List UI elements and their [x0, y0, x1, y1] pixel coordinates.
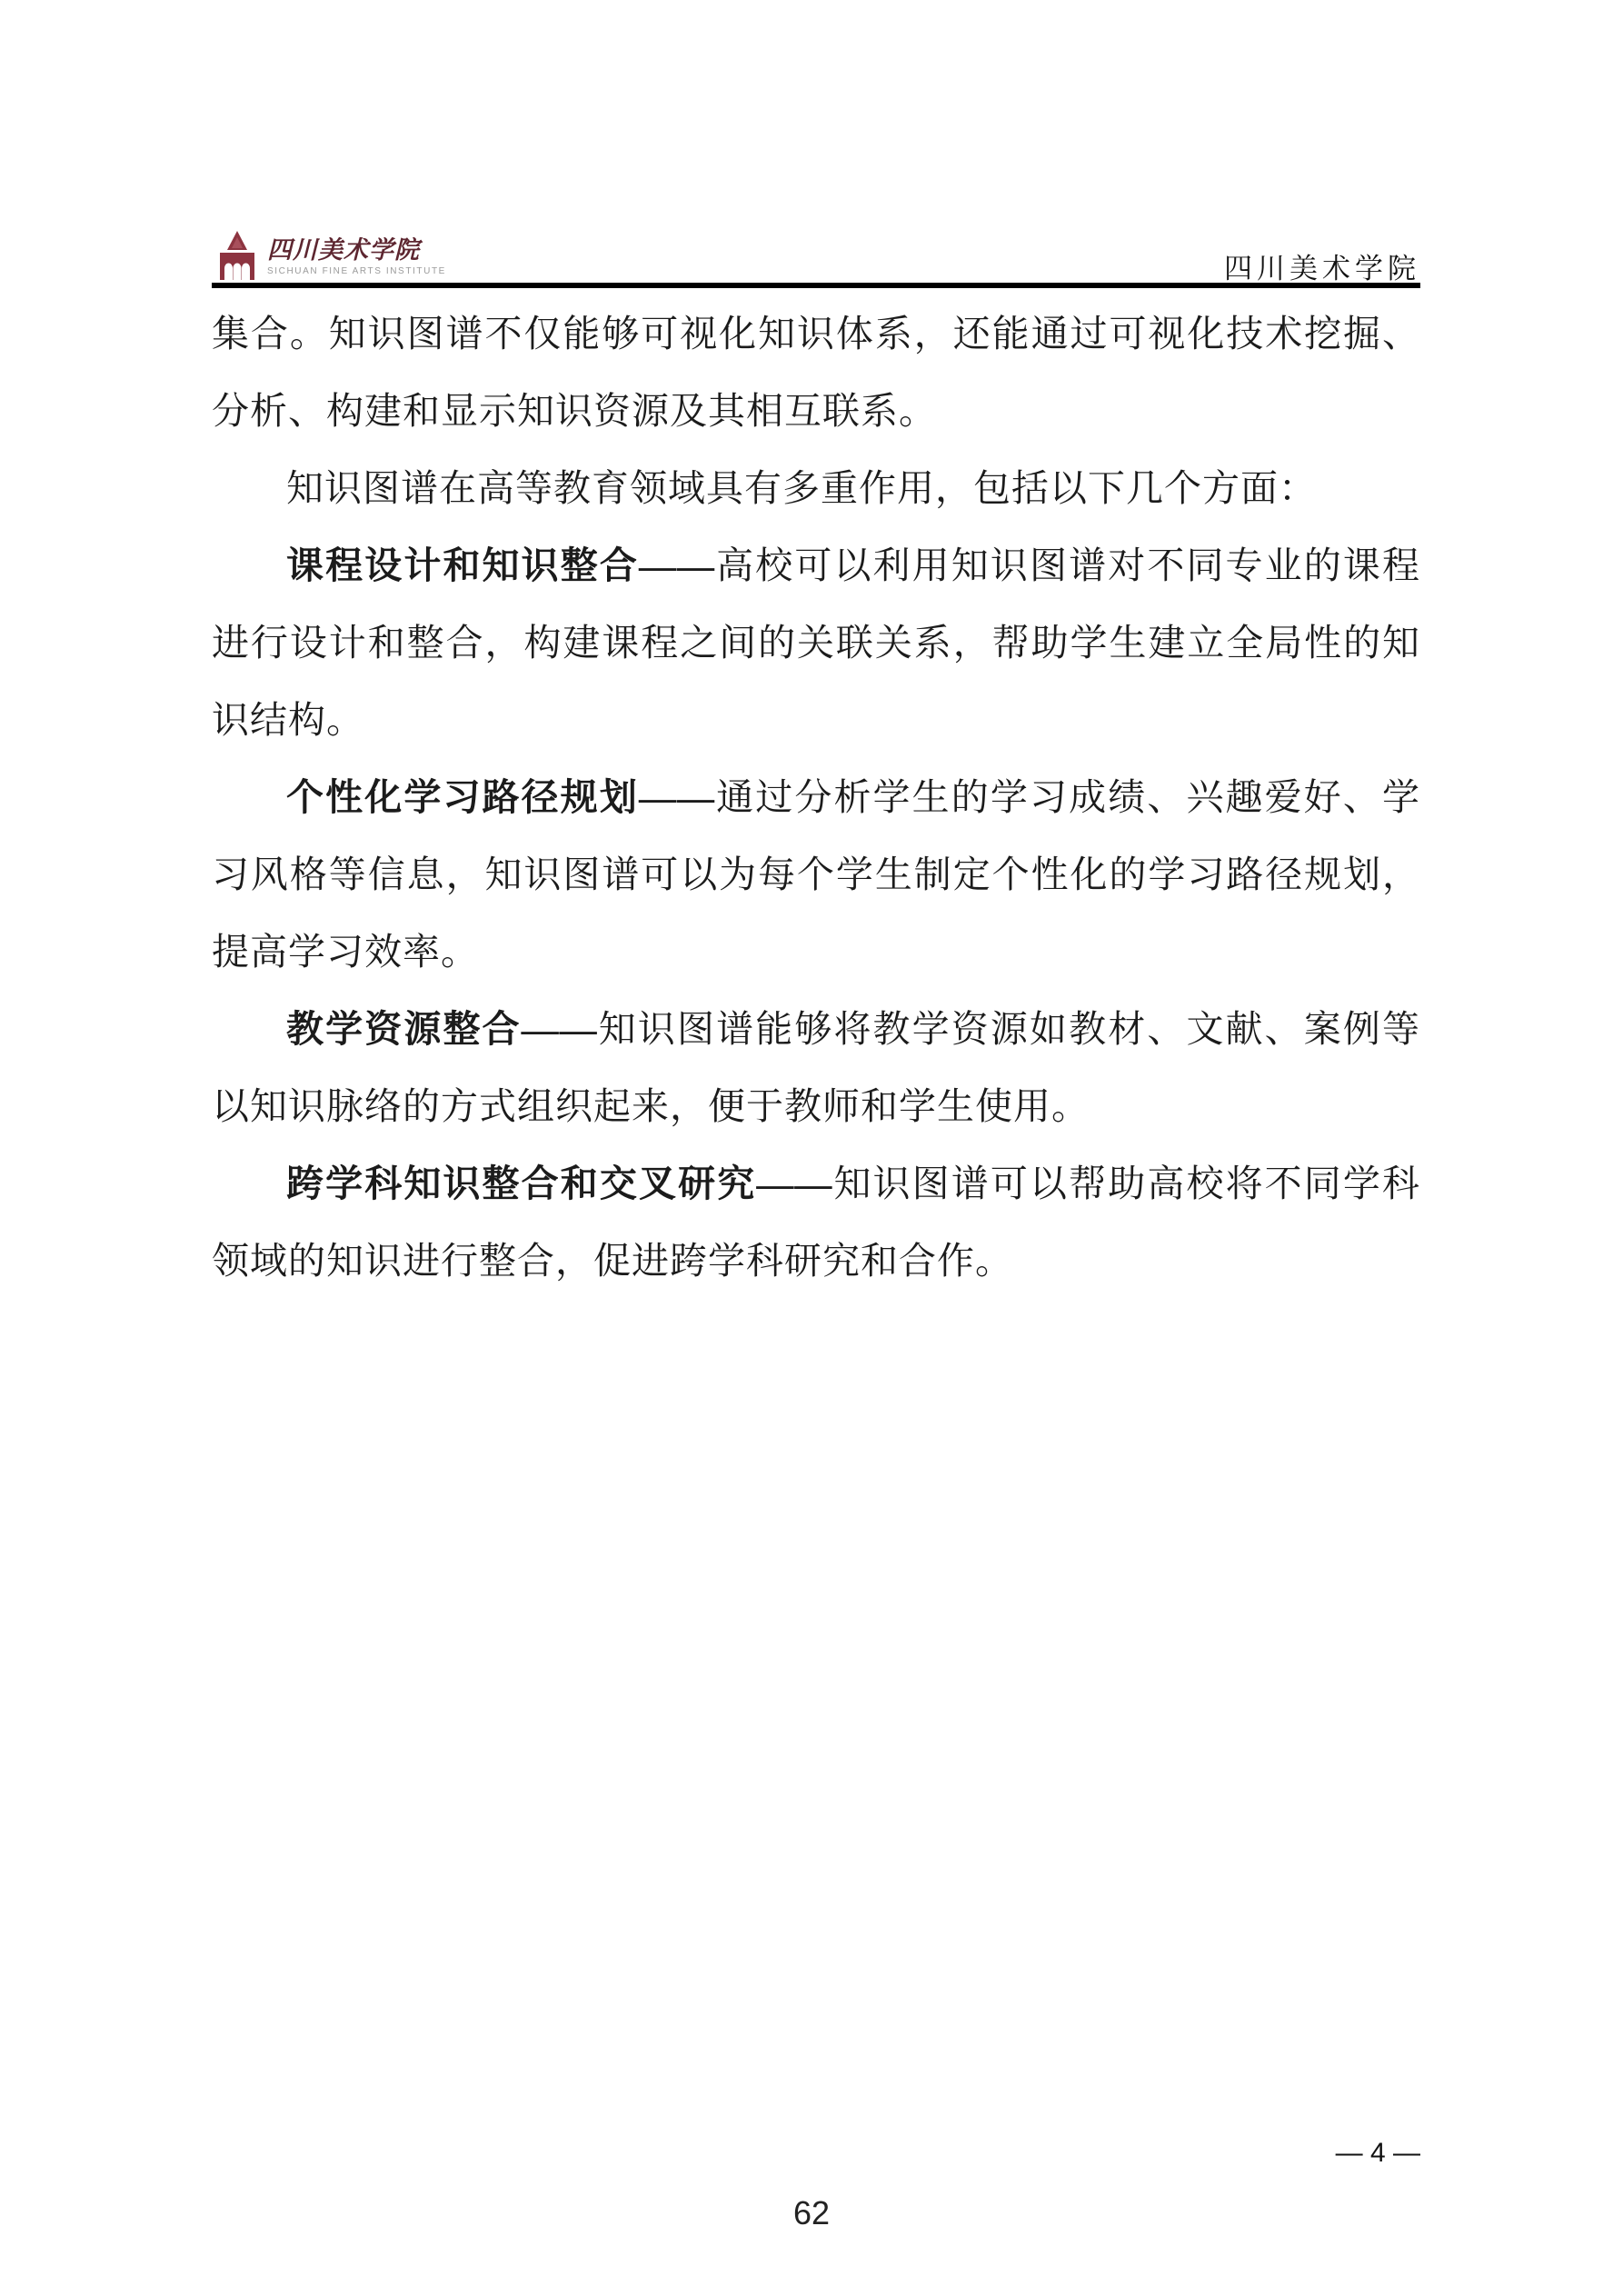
logo-english-subtext: SICHUAN FINE ARTS INSTITUTE — [267, 266, 446, 276]
paragraph: 知识图谱在高等教育领域具有多重作用，包括以下几个方面： — [212, 450, 1420, 527]
paragraph: 课程设计和知识整合——高校可以利用知识图谱对不同专业的课程进行设计和整合，构建课… — [212, 527, 1420, 759]
logo-calligraphy-text: 四川美术学院 — [267, 236, 446, 264]
header-school-name: 四川美术学院 — [1224, 245, 1420, 286]
document-page: 四川美术学院 SICHUAN FINE ARTS INSTITUTE 四川美术学… — [0, 0, 1623, 2296]
paragraph: 集合。知识图谱不仅能够可视化知识体系，还能通过可视化技术挖掘、分析、构建和显示知… — [212, 295, 1420, 450]
logo-text-block: 四川美术学院 SICHUAN FINE ARTS INSTITUTE — [267, 231, 446, 276]
paragraph: 教学资源整合——知识图谱能够将教学资源如教材、文献、案例等以知识脉络的方式组织起… — [212, 991, 1420, 1145]
paragraph-lead: 个性化学习路径规划—— — [286, 776, 715, 818]
school-gate-icon — [215, 231, 259, 282]
paragraph-text: 集合。知识图谱不仅能够可视化知识体系，还能通过可视化技术挖掘、分析、构建和显示知… — [212, 313, 1420, 432]
school-logo: 四川美术学院 SICHUAN FINE ARTS INSTITUTE — [215, 231, 446, 282]
page-marker: — 4 — — [1336, 2138, 1420, 2169]
page-number: 62 — [0, 2194, 1623, 2232]
document-body: 集合。知识图谱不仅能够可视化知识体系，还能通过可视化技术挖掘、分析、构建和显示知… — [212, 295, 1420, 1300]
paragraph: 跨学科知识整合和交叉研究——知识图谱可以帮助高校将不同学科领域的知识进行整合，促… — [212, 1145, 1420, 1300]
paragraph: 个性化学习路径规划——通过分析学生的学习成绩、兴趣爱好、学习风格等信息，知识图谱… — [212, 759, 1420, 991]
paragraph-lead: 课程设计和知识整合—— — [286, 544, 715, 586]
paragraph-lead: 教学资源整合—— — [286, 1008, 598, 1050]
header-rule — [212, 283, 1420, 288]
paragraph-lead: 跨学科知识整合和交叉研究—— — [286, 1163, 832, 1204]
paragraph-text: 知识图谱在高等教育领域具有多重作用，包括以下几个方面： — [286, 467, 1317, 509]
